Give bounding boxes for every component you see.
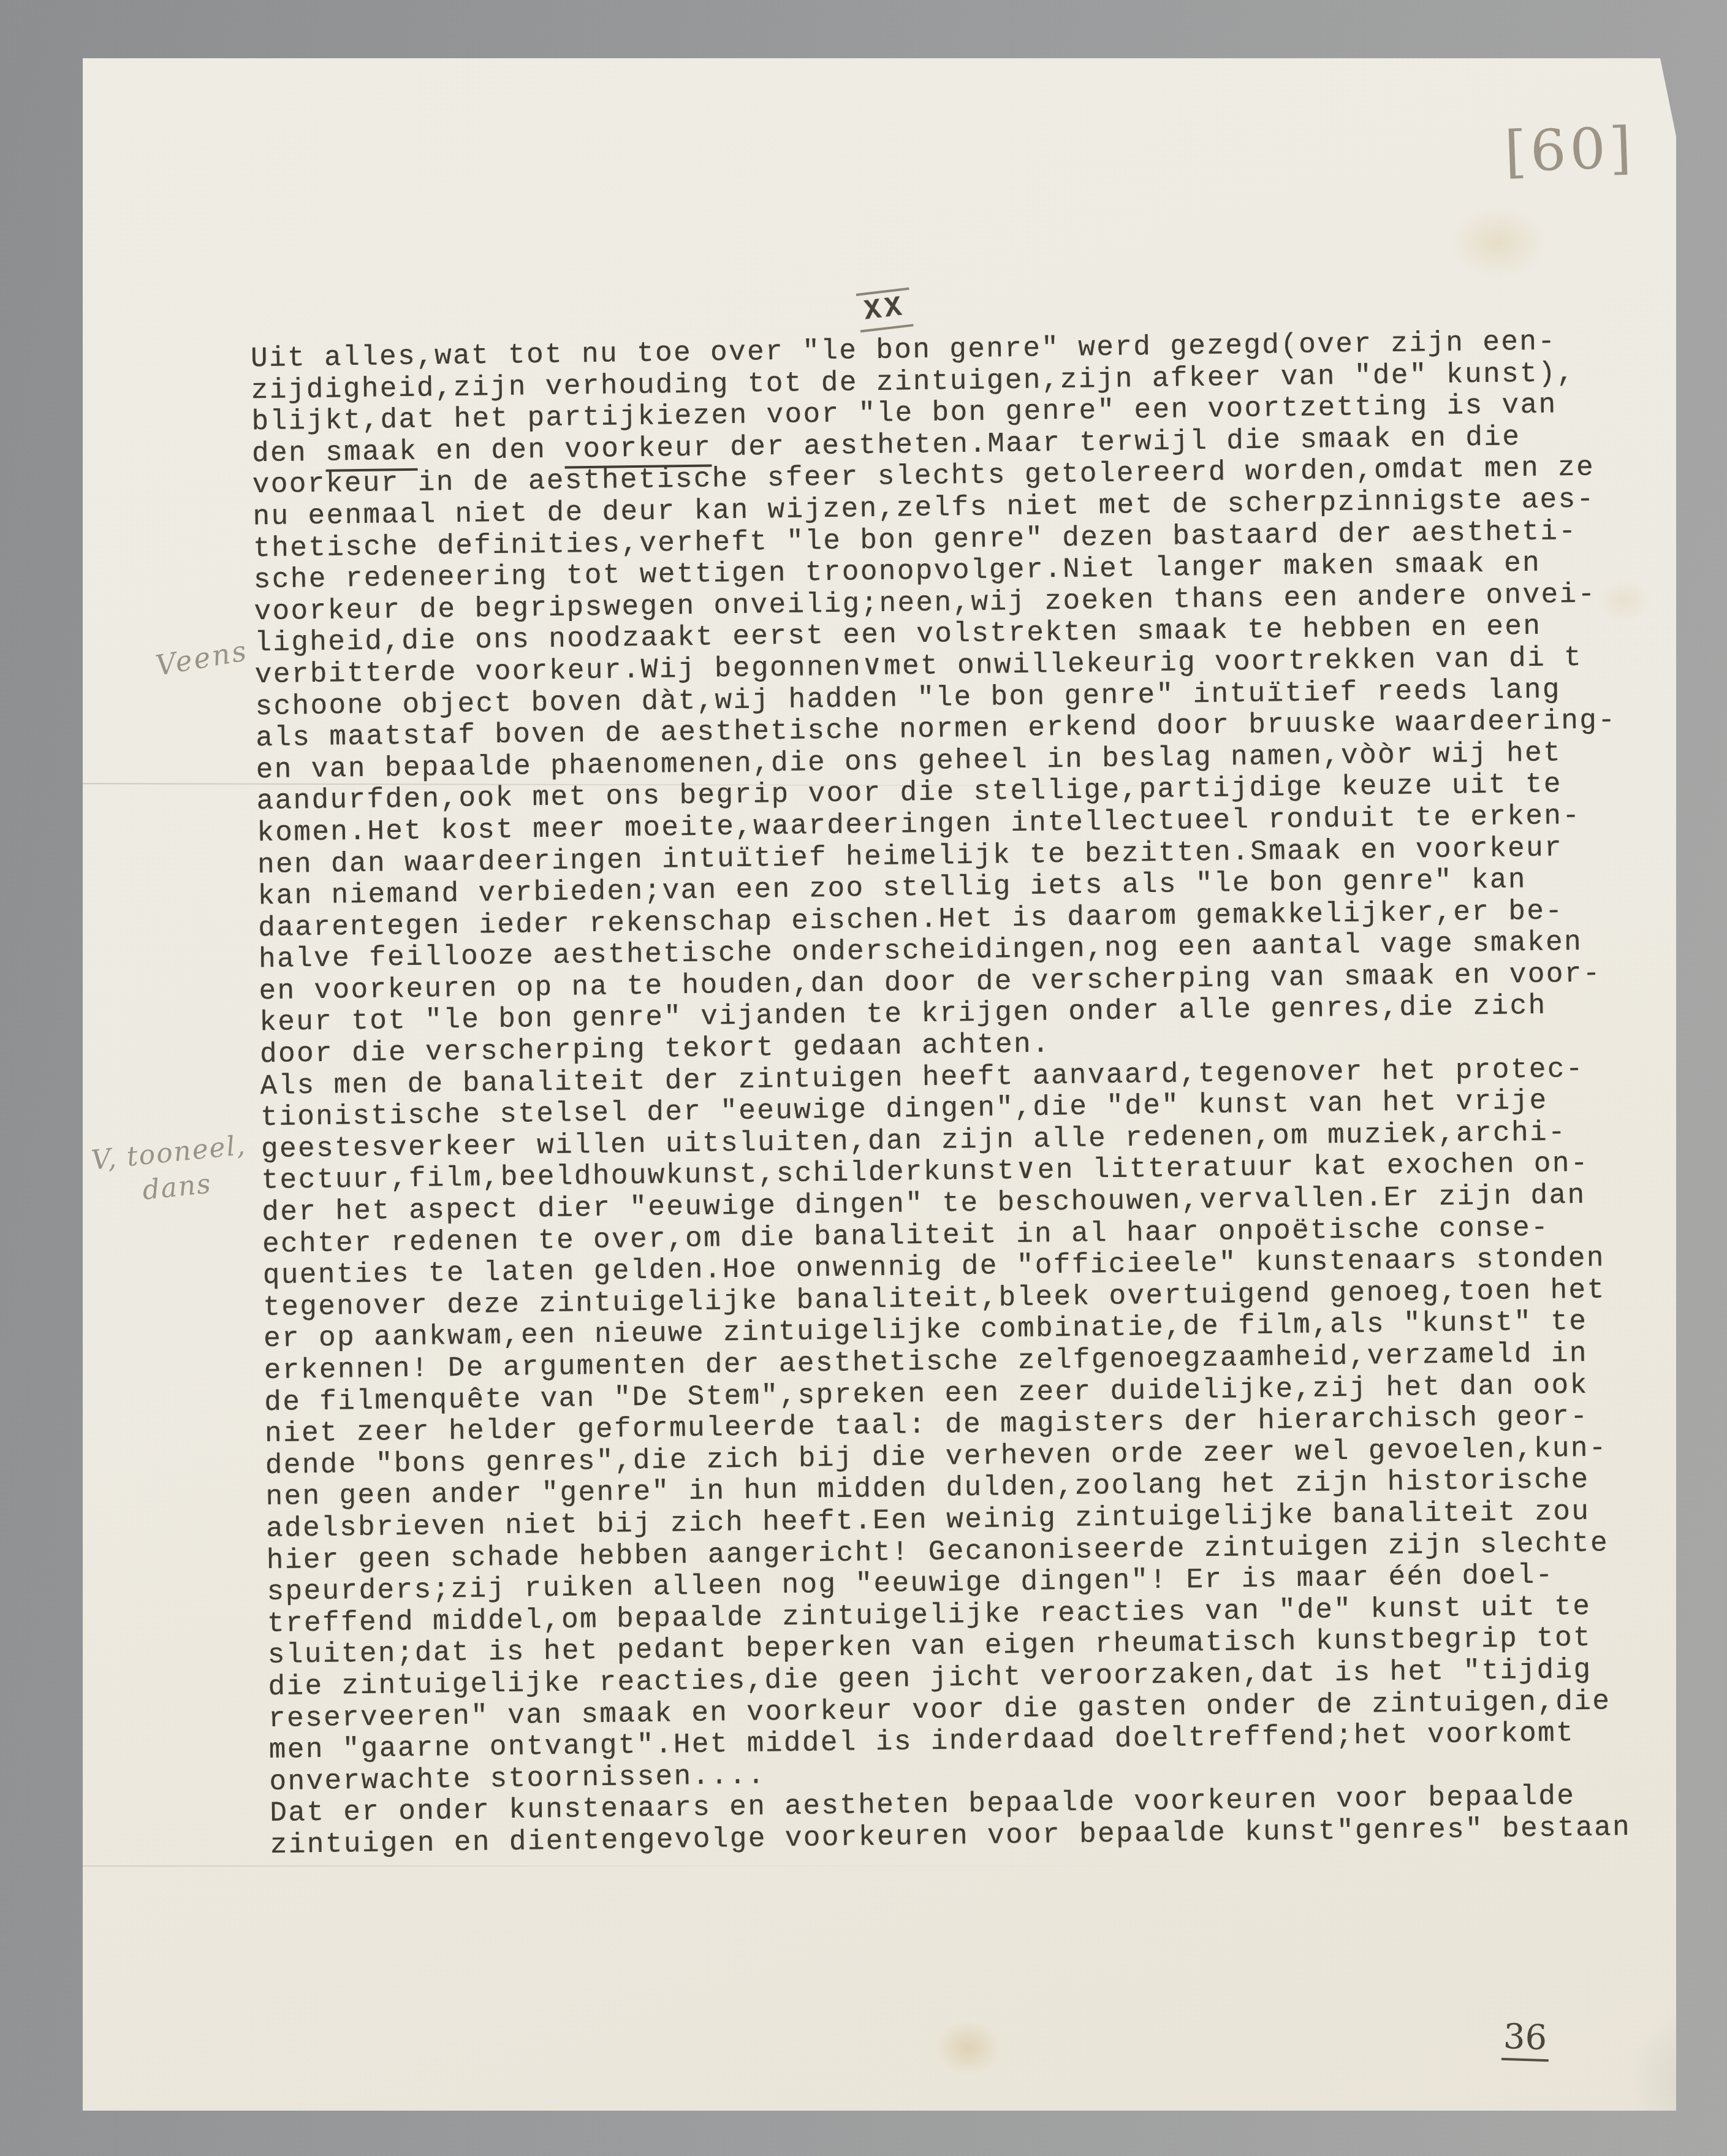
page-number: 36 xyxy=(1501,2017,1551,2062)
typed-content-layer: XX Veens V, tooneel, dans Uit alles,wat … xyxy=(69,40,1690,2113)
margin-note-veens: Veens xyxy=(153,634,251,682)
chapter-heading: XX xyxy=(856,288,914,333)
typescript-text: Uit alles,wat tot nu toe over "le bon ge… xyxy=(251,325,1686,1862)
typescript-page: [60] XX Veens V, tooneel, dans Uit alles… xyxy=(83,58,1676,2111)
margin-note-line-2: dans xyxy=(141,1164,251,1206)
margin-note-tooneel-dans: V, tooneel, dans xyxy=(90,1130,251,1211)
